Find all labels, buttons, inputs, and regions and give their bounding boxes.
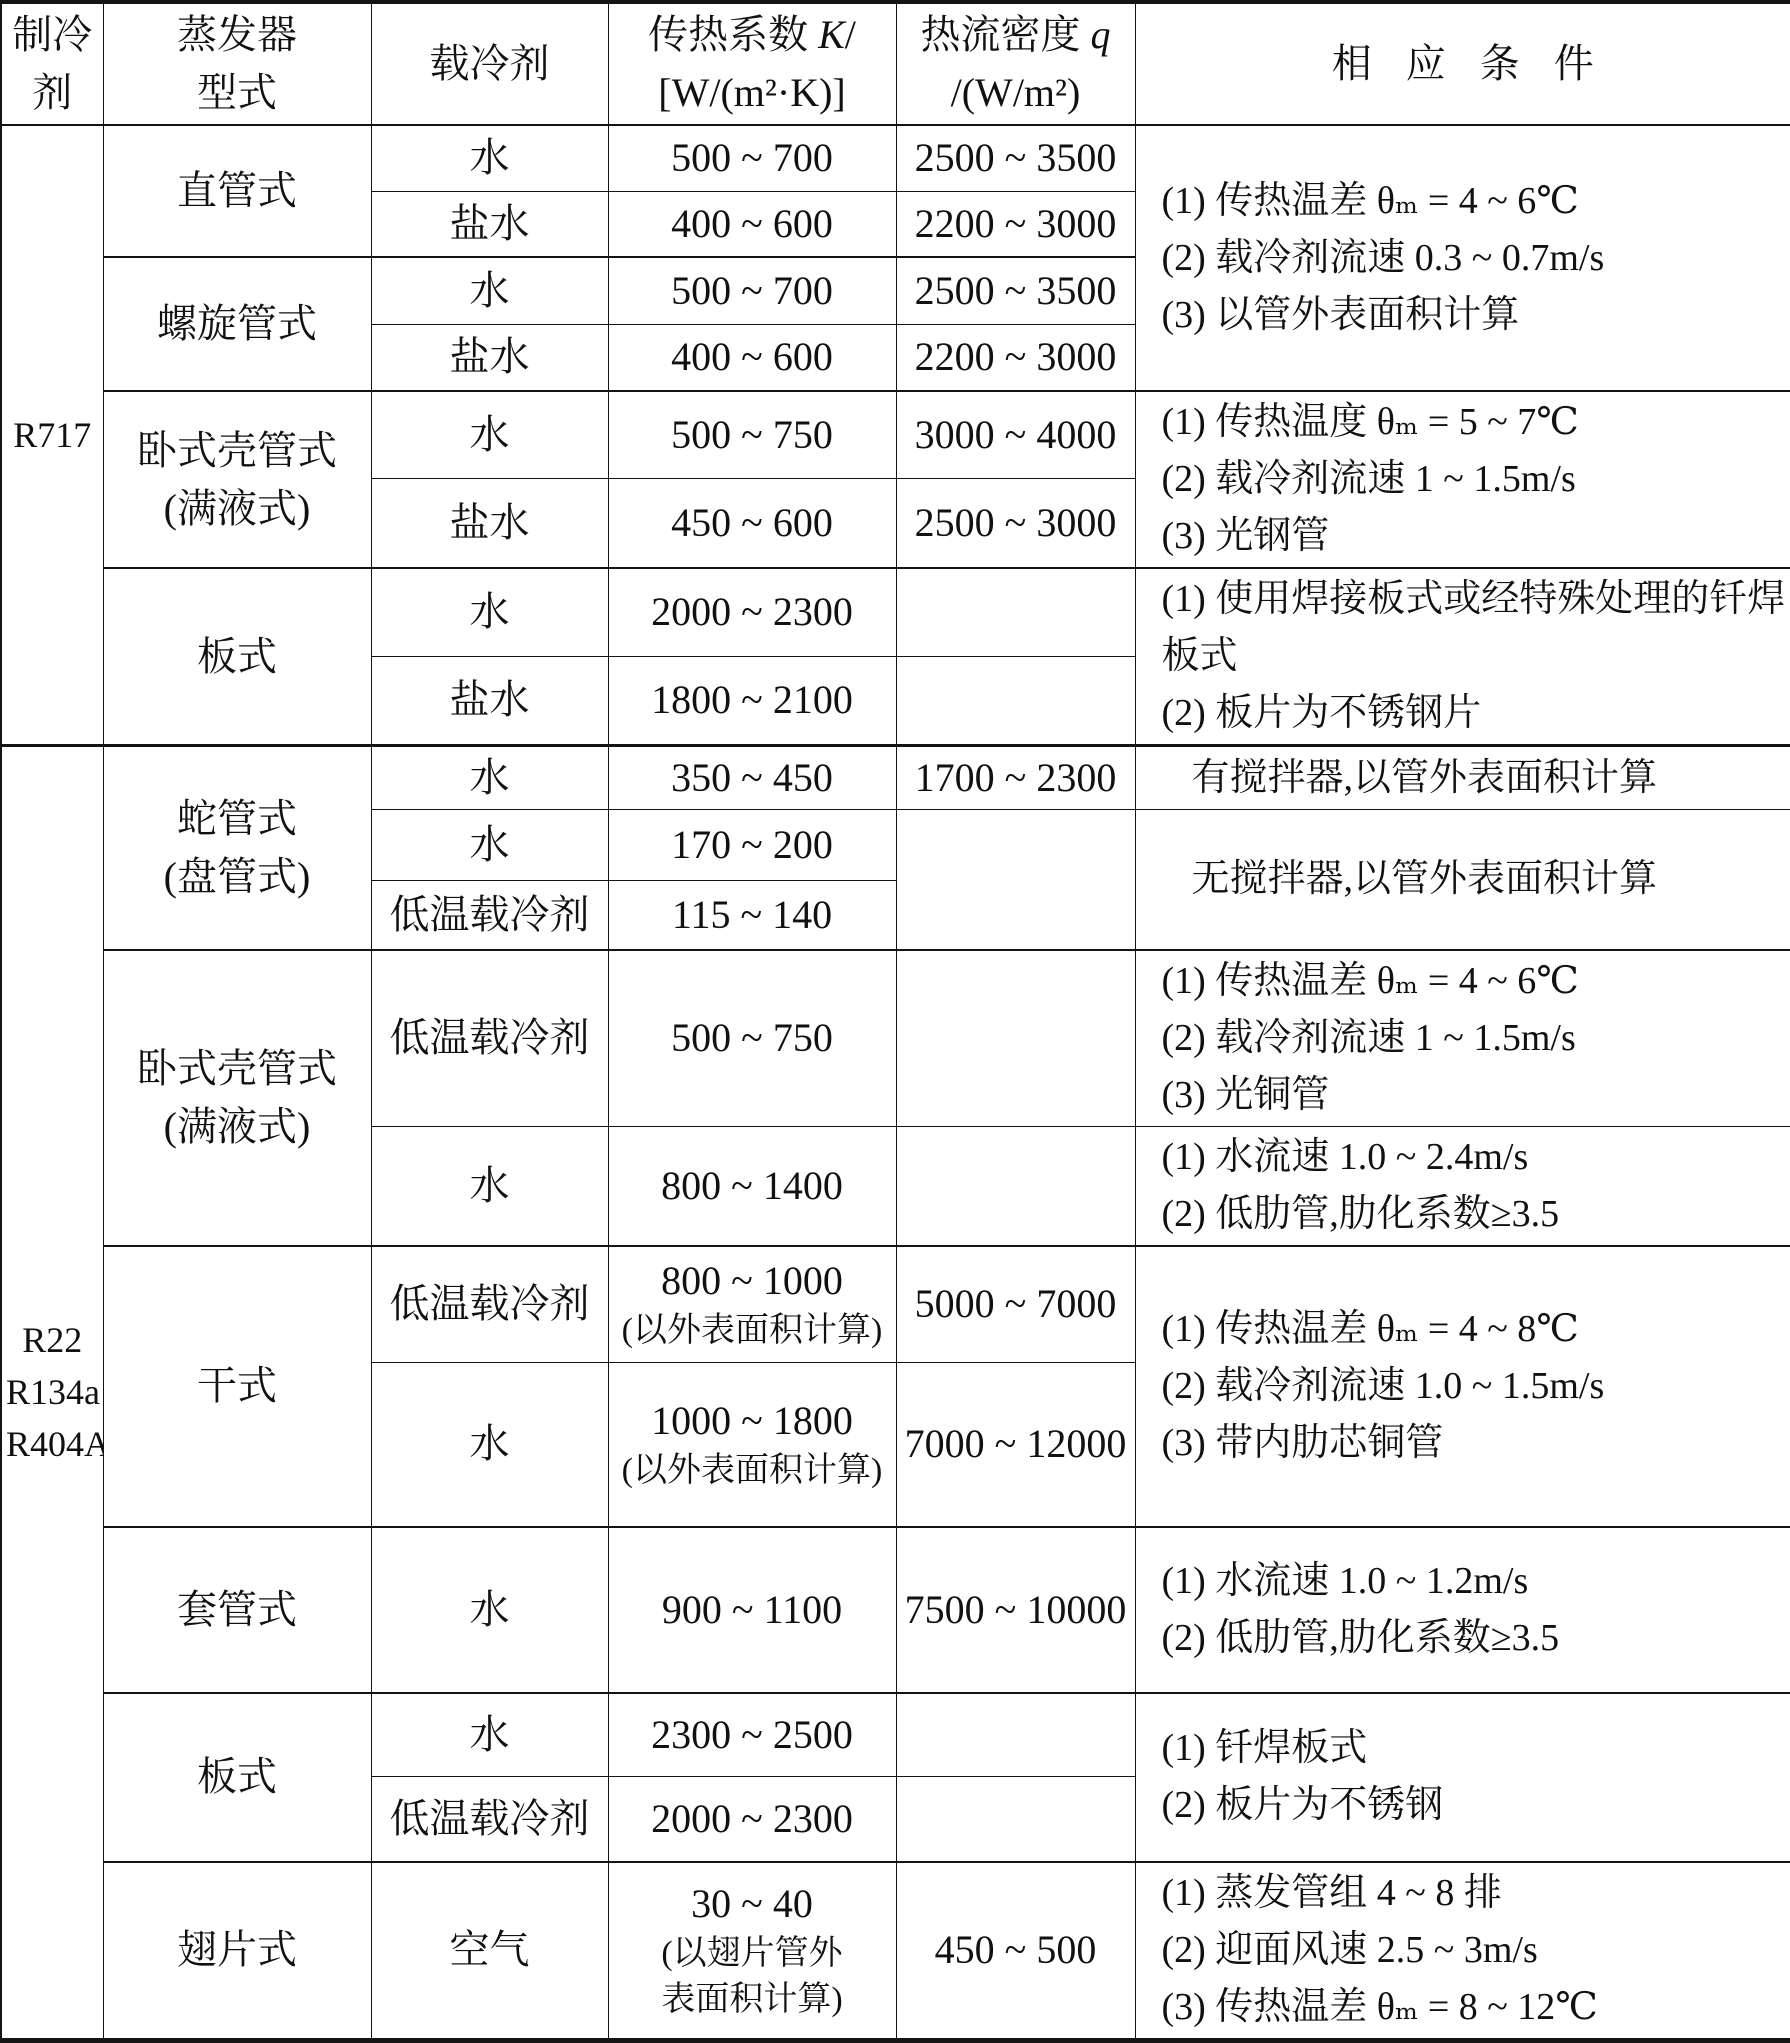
k-value-cell: 400 ~ 600 xyxy=(608,191,896,257)
k-value: 30 ~ 40 xyxy=(613,1877,892,1931)
conditions-cell: (1) 蒸发管组 4 ~ 8 排 (2) 迎面风速 2.5 ~ 3m/s (3)… xyxy=(1135,1862,1790,2041)
q-value-cell: 2500 ~ 3000 xyxy=(896,479,1135,568)
heat-transfer-coefficient-table: 制冷 剂 蒸发器 型式 载冷剂 传热系数 K/ [W/(m²·K)] 热流密度 … xyxy=(0,0,1790,2043)
k-value-cell: 115 ~ 140 xyxy=(608,881,896,950)
evaporator-type-cell: 套管式 xyxy=(103,1527,371,1693)
header-conditions: 相应条件 xyxy=(1135,2,1790,125)
conditions-cell: (1) 传热温差 θₘ = 4 ~ 6℃ (2) 载冷剂流速 1 ~ 1.5m/… xyxy=(1135,950,1790,1127)
evaporator-type-cell: 螺旋管式 xyxy=(103,257,371,391)
coolant-cell: 水 xyxy=(371,125,608,191)
k-symbol: K xyxy=(818,12,845,57)
conditions-cell: (1) 水流速 1.0 ~ 1.2m/s (2) 低肋管,肋化系数≥3.5 xyxy=(1135,1527,1790,1693)
coolant-cell: 盐水 xyxy=(371,191,608,257)
coolant-cell: 盐水 xyxy=(371,656,608,745)
header-coolant: 载冷剂 xyxy=(371,2,608,125)
k-value-cell: 2000 ~ 2300 xyxy=(608,1777,896,1862)
q-value-cell xyxy=(896,810,1135,950)
coolant-cell: 水 xyxy=(371,1527,608,1693)
q-value-cell: 3000 ~ 4000 xyxy=(896,391,1135,479)
q-value-cell: 2200 ~ 3000 xyxy=(896,324,1135,391)
coolant-cell: 低温载冷剂 xyxy=(371,881,608,950)
k-value-cell: 30 ~ 40(以翅片管外 表面积计算) xyxy=(608,1862,896,2041)
evaporator-type-cell: 板式 xyxy=(103,568,371,746)
header-evaporator-type: 蒸发器 型式 xyxy=(103,2,371,125)
evaporator-type-cell: 翅片式 xyxy=(103,1862,371,2041)
k-value-cell: 1800 ~ 2100 xyxy=(608,656,896,745)
q-value-cell xyxy=(896,1777,1135,1862)
coolant-cell: 盐水 xyxy=(371,479,608,568)
coolant-cell: 水 xyxy=(371,1363,608,1527)
k-value-cell: 500 ~ 700 xyxy=(608,125,896,191)
evaporator-type-cell: 卧式壳管式 (满液式) xyxy=(103,950,371,1246)
k-value-cell: 350 ~ 450 xyxy=(608,746,896,810)
k-value-cell: 170 ~ 200 xyxy=(608,810,896,881)
q-symbol: q xyxy=(1091,12,1111,57)
q-value-cell xyxy=(896,1693,1135,1777)
q-value-cell: 2500 ~ 3500 xyxy=(896,257,1135,324)
k-value-cell: 2300 ~ 2500 xyxy=(608,1693,896,1777)
k-value-cell: 500 ~ 750 xyxy=(608,950,896,1127)
conditions-cell: (1) 水流速 1.0 ~ 2.4m/s (2) 低肋管,肋化系数≥3.5 xyxy=(1135,1126,1790,1246)
k-value-cell: 900 ~ 1100 xyxy=(608,1527,896,1693)
evaporator-type-cell: 干式 xyxy=(103,1246,371,1527)
coolant-cell: 水 xyxy=(371,257,608,324)
q-value-cell: 1700 ~ 2300 xyxy=(896,746,1135,810)
k-slash: / xyxy=(845,12,856,57)
q-value-cell: 5000 ~ 7000 xyxy=(896,1246,1135,1363)
k-value-cell: 1000 ~ 1800(以外表面积计算) xyxy=(608,1363,896,1527)
coolant-cell: 低温载冷剂 xyxy=(371,1246,608,1363)
conditions-cell: 有搅拌器,以管外表面积计算 xyxy=(1135,746,1790,810)
coolant-cell: 水 xyxy=(371,391,608,479)
coolant-cell: 空气 xyxy=(371,1862,608,2041)
k-unit: [W/(m²·K)] xyxy=(658,70,845,115)
k-value-cell: 2000 ~ 2300 xyxy=(608,568,896,656)
k-value-cell: 400 ~ 600 xyxy=(608,324,896,391)
q-value-cell: 2500 ~ 3500 xyxy=(896,125,1135,191)
conditions-cell: (1) 钎焊板式 (2) 板片为不锈钢 xyxy=(1135,1693,1790,1862)
q-unit: /(W/m²) xyxy=(951,70,1081,115)
k-value-cell: 500 ~ 750 xyxy=(608,391,896,479)
refrigerant-cell: R22 R134a R404A xyxy=(1,746,103,2041)
coolant-cell: 水 xyxy=(371,1693,608,1777)
evaporator-type-cell: 直管式 xyxy=(103,125,371,257)
k-value-cell: 500 ~ 700 xyxy=(608,257,896,324)
coolant-cell: 水 xyxy=(371,1126,608,1246)
conditions-cell: (1) 传热温差 θₘ = 4 ~ 6℃ (2) 载冷剂流速 0.3 ~ 0.7… xyxy=(1135,125,1790,391)
conditions-header-text: 相应条件 xyxy=(1298,41,1628,86)
evaporator-type-cell: 卧式壳管式 (满液式) xyxy=(103,391,371,568)
k-value: 800 ~ 1000 xyxy=(613,1254,892,1308)
coolant-cell: 水 xyxy=(371,810,608,881)
q-value-cell: 7500 ~ 10000 xyxy=(896,1527,1135,1693)
k-value-cell: 800 ~ 1400 xyxy=(608,1126,896,1246)
evaporator-type-cell: 板式 xyxy=(103,1693,371,1862)
coolant-cell: 低温载冷剂 xyxy=(371,950,608,1127)
coolant-cell: 水 xyxy=(371,746,608,810)
k-value-cell: 450 ~ 600 xyxy=(608,479,896,568)
q-value-cell xyxy=(896,950,1135,1127)
refrigerant-cell: R717 xyxy=(1,125,103,746)
q-header-text: 热流密度 xyxy=(921,12,1091,57)
header-refrigerant: 制冷 剂 xyxy=(1,2,103,125)
q-value-cell: 450 ~ 500 xyxy=(896,1862,1135,2041)
conditions-cell: 无搅拌器,以管外表面积计算 xyxy=(1135,810,1790,950)
q-value-cell xyxy=(896,1126,1135,1246)
conditions-cell: (1) 传热温差 θₘ = 4 ~ 8℃ (2) 载冷剂流速 1.0 ~ 1.5… xyxy=(1135,1246,1790,1527)
k-value-note: (以外表面积计算) xyxy=(613,1308,892,1354)
header-heat-flux: 热流密度 q /(W/m²) xyxy=(896,2,1135,125)
q-value-cell xyxy=(896,568,1135,656)
coolant-cell: 低温载冷剂 xyxy=(371,1777,608,1862)
coolant-cell: 水 xyxy=(371,568,608,656)
header-k-coefficient: 传热系数 K/ [W/(m²·K)] xyxy=(608,2,896,125)
k-value-cell: 800 ~ 1000(以外表面积计算) xyxy=(608,1246,896,1363)
k-value-note: (以翅片管外 表面积计算) xyxy=(613,1931,892,2023)
conditions-cell: (1) 传热温度 θₘ = 5 ~ 7℃ (2) 载冷剂流速 1 ~ 1.5m/… xyxy=(1135,391,1790,568)
k-header-text: 传热系数 xyxy=(648,12,818,57)
k-value: 1000 ~ 1800 xyxy=(613,1394,892,1448)
k-value-note: (以外表面积计算) xyxy=(613,1448,892,1494)
conditions-cell: (1) 使用焊接板式或经特殊处理的钎焊 板式 (2) 板片为不锈钢片 xyxy=(1135,568,1790,746)
q-value-cell xyxy=(896,656,1135,745)
evaporator-type-cell: 蛇管式 (盘管式) xyxy=(103,746,371,950)
q-value-cell: 2200 ~ 3000 xyxy=(896,191,1135,257)
coolant-cell: 盐水 xyxy=(371,324,608,391)
q-value-cell: 7000 ~ 12000 xyxy=(896,1363,1135,1527)
